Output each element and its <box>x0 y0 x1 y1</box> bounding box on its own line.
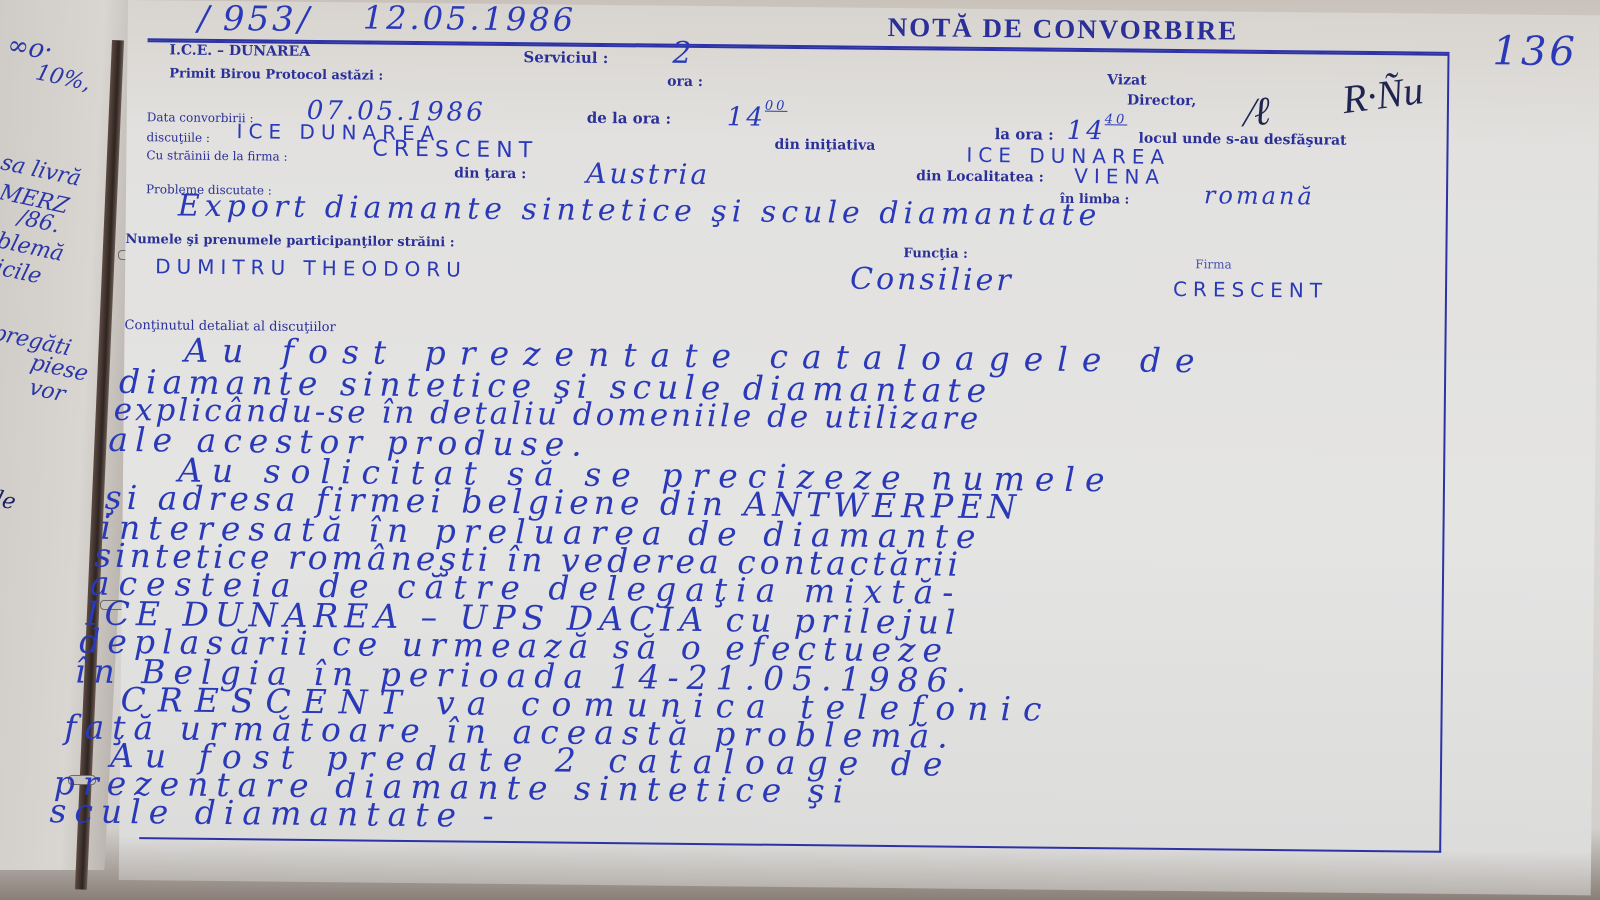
registration-date: 12.05.1986 <box>363 0 577 39</box>
locality-value: VIENA <box>1074 164 1165 189</box>
left-page-note: de <box>0 485 18 515</box>
participant-company: CRESCENT <box>1173 277 1328 303</box>
company-label: Firma <box>1195 257 1232 271</box>
registration-number: 953 <box>223 0 297 40</box>
left-page-scribble: ∞o· <box>5 30 56 66</box>
left-page-note: 10%, <box>33 60 94 96</box>
service-label: Serviciul : <box>523 48 608 67</box>
to-hour-label: la ora : <box>995 125 1054 144</box>
content-body: Au fost prezentate cataloagele de diaman… <box>128 0 1600 15</box>
foreign-firm-value: CRESCENT <box>372 137 538 164</box>
service-value: 2 <box>672 36 694 71</box>
registration-separator: / <box>298 0 313 40</box>
content-line: scule diamantate - <box>49 791 502 835</box>
director-label: Director, <box>1127 92 1196 109</box>
from-hour-label: de la ora : <box>587 109 671 128</box>
participant-function: Consilier <box>850 262 1014 299</box>
registration-mark: / <box>198 0 213 39</box>
language-value: romană <box>1204 181 1315 210</box>
document-photo: ∞o· 10%, sa livră MERZ /86. blemă icile … <box>0 0 1600 900</box>
participant-name: DUMITRU THEODORU <box>155 254 467 281</box>
country-value: Austria <box>586 157 710 191</box>
form-page: / 953 / 12.05.1986 NOTĂ DE CONVORBIRE 13… <box>119 0 1600 895</box>
approved-label: Vizat <box>1107 72 1147 88</box>
locality-label: din Localitatea : <box>916 168 1044 185</box>
function-label: Funcţia : <box>903 246 968 262</box>
to-hour-value: 14 <box>1067 116 1106 146</box>
page-number: 136 <box>1492 28 1578 75</box>
director-signature: ⁄ℓ <box>1245 87 1273 136</box>
form-title: NOTĂ DE CONVORBIRE <box>888 12 1239 47</box>
from-hour-minutes: 00 <box>765 99 788 114</box>
received-hour-label: ora : <box>667 74 703 90</box>
foreign-firm-label: Cu străinii de la firma : <box>146 148 287 163</box>
initiative-label: din iniţiativa <box>774 137 875 154</box>
from-hour-value: 14 <box>727 102 766 132</box>
received-label: Primit Birou Protocol astăzi : <box>169 66 383 83</box>
institution-label: I.C.E. – DUNAREA <box>169 42 310 59</box>
country-label: din ţara : <box>454 165 526 182</box>
discussions-label: discuţiile : <box>146 130 210 145</box>
to-hour-minutes: 40 <box>1105 112 1128 127</box>
